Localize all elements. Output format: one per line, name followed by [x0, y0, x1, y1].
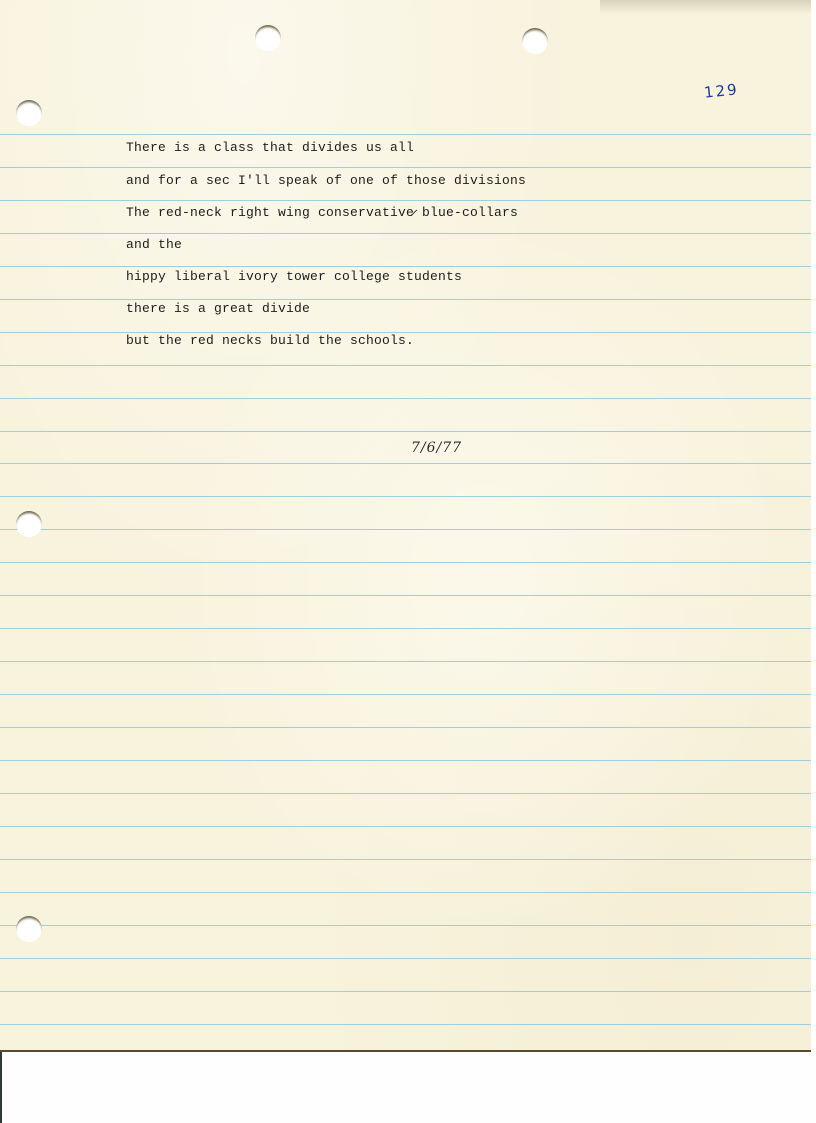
- rule-line: [0, 1024, 811, 1025]
- rule-line: [0, 496, 811, 497]
- poem-line-6: there is a great divide: [126, 301, 310, 317]
- rule-line: [0, 529, 811, 530]
- handwritten-date: 7/6/77: [411, 440, 462, 456]
- poem-line-3: The red-neck right wing conservative̷ bl…: [126, 205, 518, 221]
- poem-line-2: and for a sec I'll speak of one of those…: [126, 173, 526, 189]
- rule-line: [0, 793, 811, 794]
- poem-line-4: and the: [126, 237, 182, 253]
- rule-line: [0, 167, 811, 168]
- rule-line: [0, 661, 811, 662]
- rule-line: [0, 562, 811, 563]
- scanner-edge: [0, 1052, 2, 1123]
- rule-line: [0, 200, 811, 201]
- page-fold-shadow: [600, 0, 811, 14]
- punch-hole-icon: [16, 511, 42, 537]
- poem-line-1: There is a class that divides us all: [126, 140, 414, 156]
- rule-line: [0, 233, 811, 234]
- rule-line: [0, 892, 811, 893]
- handwritten-page-number: 129: [703, 80, 739, 102]
- rule-line: [0, 431, 811, 432]
- punch-hole-icon: [255, 25, 281, 51]
- rule-line: [0, 694, 811, 695]
- rule-line: [0, 628, 811, 629]
- rule-line: [0, 925, 811, 926]
- rule-line: [0, 595, 811, 596]
- punch-hole-icon: [16, 100, 42, 126]
- rule-line: [0, 991, 811, 992]
- punch-hole-icon: [522, 28, 548, 54]
- poem-line-5: hippy liberal ivory tower college studen…: [126, 269, 462, 285]
- rule-line: [0, 134, 811, 135]
- rule-line: [0, 859, 811, 860]
- rule-line: [0, 266, 811, 267]
- poem-line-7: but the red necks build the schools.: [126, 333, 414, 349]
- rule-line: [0, 760, 811, 761]
- rule-line: [0, 826, 811, 827]
- notebook-page: 129 There is a class that divides us all…: [0, 0, 811, 1052]
- rule-line: [0, 958, 811, 959]
- rule-line: [0, 727, 811, 728]
- punch-hole-icon: [16, 916, 42, 942]
- rule-line: [0, 365, 811, 366]
- rule-line: [0, 463, 811, 464]
- rule-line: [0, 398, 811, 399]
- rule-line: [0, 299, 811, 300]
